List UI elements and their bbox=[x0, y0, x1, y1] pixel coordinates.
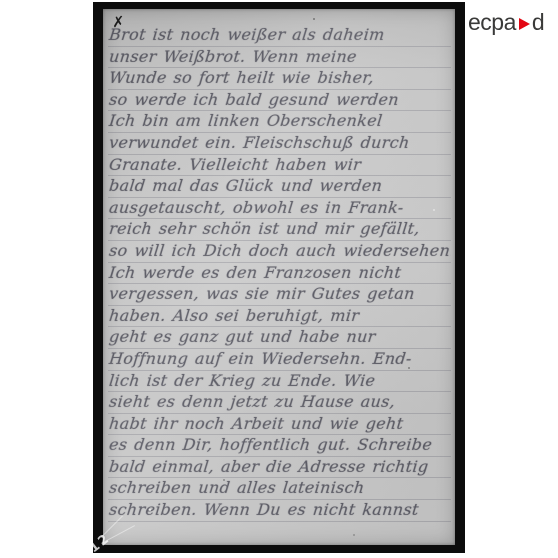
letter-line: reich sehr schön ist und mir gefällt, bbox=[108, 219, 451, 241]
letter-line: ausgetauscht, obwohl es in Frank- bbox=[108, 198, 451, 220]
letter-line: bald mal das Glück und werden bbox=[108, 176, 451, 198]
letter-line: es denn Dir, hoffentlich gut. Schreibe bbox=[108, 435, 451, 457]
letter-line: Hoffnung auf ein Wiedersehn. End- bbox=[108, 349, 451, 371]
logo-text-left: ecpa bbox=[468, 9, 516, 36]
letter-line: haben. Also sei beruhigt, mir bbox=[108, 306, 451, 328]
ecpad-logo: ecpa d bbox=[468, 9, 544, 36]
letter-line: Granate. Vielleicht haben wir bbox=[108, 155, 451, 177]
letter-line: schreiben und alles lateinisch bbox=[108, 478, 451, 500]
letter-line: bald einmal, aber die Adresse richtig bbox=[108, 457, 451, 479]
letter-line: Wunde so fort heilt wie bisher, bbox=[108, 68, 451, 90]
letter-line: geht es ganz gut und habe nur bbox=[108, 327, 451, 349]
handwritten-letter: Brot ist noch weißer als daheim unser We… bbox=[108, 25, 451, 522]
letter-line: schreiben. Wenn Du es nicht kannst bbox=[108, 500, 451, 522]
letter-line: verwundet ein. Fleischschuß durch bbox=[108, 133, 451, 155]
letter-line: Ich werde es den Franzosen nicht bbox=[108, 263, 451, 285]
letter-line: Ich bin am linken Oberschenkel bbox=[108, 111, 451, 133]
photo-frame: ✗ Brot ist noch weißer als daheim unser … bbox=[93, 2, 465, 553]
dust-specks bbox=[103, 9, 105, 11]
letter-line: so werde ich bald gesund werden bbox=[108, 90, 451, 112]
letter-line: so will ich Dich doch auch wiedersehen. bbox=[108, 241, 451, 263]
letter-line: unser Weißbrot. Wenn meine bbox=[108, 47, 451, 69]
scan-page: ecpa d ✗ Brot ist noch weißer als daheim… bbox=[0, 0, 558, 558]
letter-line: sieht es denn jetzt zu Hause aus, bbox=[108, 392, 451, 414]
letter-line: lich ist der Krieg zu Ende. Wie bbox=[108, 371, 451, 393]
logo-text-right: d bbox=[532, 9, 544, 36]
logo-arrow-icon bbox=[519, 18, 530, 30]
letter-line: vergessen, was sie mir Gutes getan bbox=[108, 284, 451, 306]
letter-photo: ✗ Brot ist noch weißer als daheim unser … bbox=[103, 9, 455, 545]
letter-line: habt ihr noch Arbeit und wie geht bbox=[108, 414, 451, 436]
letter-line: Brot ist noch weißer als daheim bbox=[108, 25, 451, 47]
